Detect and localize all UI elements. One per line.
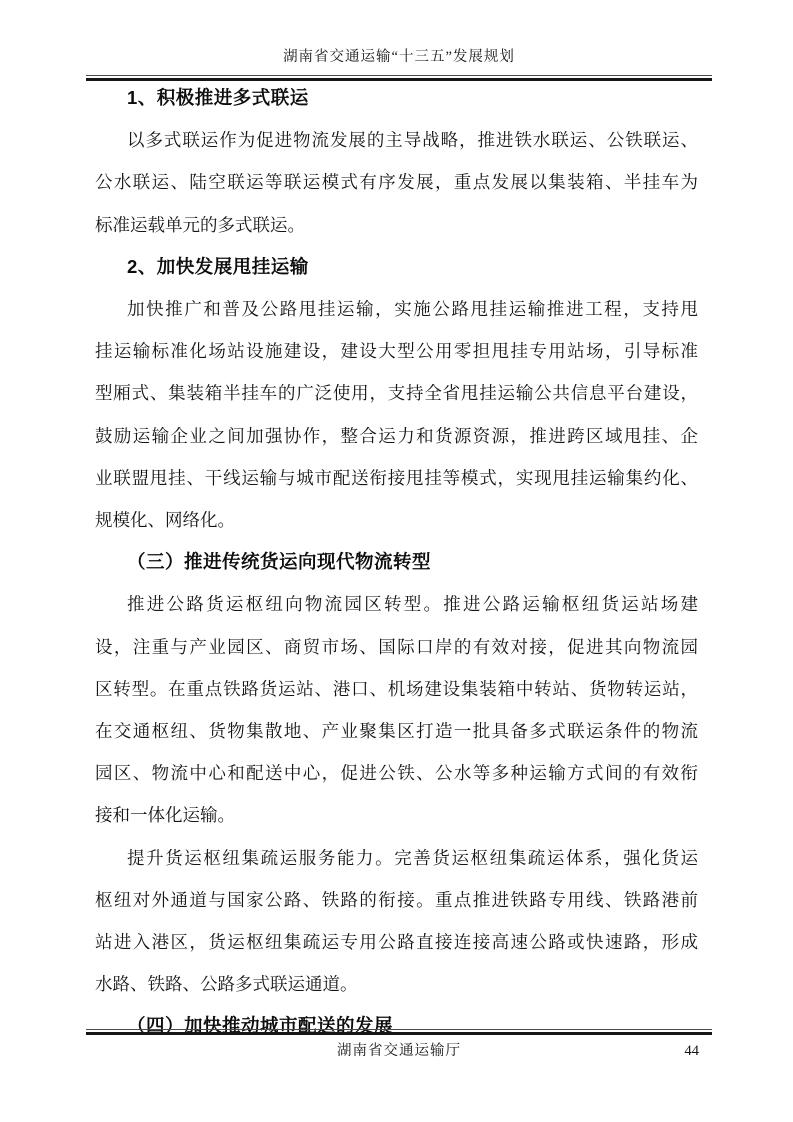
paragraph-line: 规模化、网络化。 bbox=[95, 499, 698, 541]
paragraph-line: 型厢式、集装箱半挂车的广泛使用，支持全省甩挂运输公共信息平台建设， bbox=[95, 372, 698, 414]
paragraph-line: 标准运载单元的多式联运。 bbox=[95, 204, 698, 246]
paragraph-line: 以多式联运作为促进物流发展的主导战略，推进铁水联运、公铁联运、 bbox=[95, 119, 698, 161]
page-footer: 湖南省交通运输厅 44 bbox=[86, 1029, 712, 1061]
paragraph-line: 公水联运、陆空联运等联运模式有序发展，重点发展以集装箱、半挂车为 bbox=[95, 161, 698, 203]
section-heading: 1、积极推进多式联运 bbox=[95, 77, 698, 119]
paragraph-line: 园区、物流中心和配送中心，促进公铁、公水等多种运输方式间的有效衔 bbox=[95, 752, 698, 794]
paragraph-line: 设，注重与产业园区、商贸市场、国际口岸的有效对接，促进其向物流园 bbox=[95, 626, 698, 668]
page-header: 湖南省交通运输“十三五”发展规划 bbox=[86, 0, 712, 81]
body-paragraph: 以多式联运作为促进物流发展的主导战略，推进铁水联运、公铁联运、公水联运、陆空联运… bbox=[95, 119, 698, 246]
paragraph-line: 挂运输标准化场站设施建设，建设大型公用零担甩挂专用站场，引导标准 bbox=[95, 330, 698, 372]
paragraph-line: 枢纽对外通道与国家公路、铁路的衔接。重点推进铁路专用线、铁路港前 bbox=[95, 879, 698, 921]
document-body: 1、积极推进多式联运以多式联运作为促进物流发展的主导战略，推进铁水联运、公铁联运… bbox=[95, 77, 698, 1048]
footer-org: 湖南省交通运输厅 bbox=[337, 1043, 461, 1059]
header-title: 湖南省交通运输“十三五”发展规划 bbox=[86, 0, 712, 68]
paragraph-line: 提升货运枢纽集疏运服务能力。完善货运枢纽集疏运体系，强化货运 bbox=[95, 837, 698, 879]
page-number: 44 bbox=[685, 1041, 700, 1061]
paragraph-line: 区转型。在重点铁路货运站、港口、机场建设集装箱中转站、货物转运站， bbox=[95, 668, 698, 710]
paragraph-line: 水路、铁路、公路多式联运通道。 bbox=[95, 963, 698, 1005]
paragraph-line: 加快推广和普及公路甩挂运输，实施公路甩挂运输推进工程，支持甩 bbox=[95, 288, 698, 330]
paragraph-line: 推进公路货运枢纽向物流园区转型。推进公路运输枢纽货运站场建 bbox=[95, 583, 698, 625]
paragraph-line: 在交通枢纽、货物集散地、产业聚集区打造一批具备多式联运条件的物流 bbox=[95, 710, 698, 752]
paragraph-line: 鼓励运输企业之间加强协作，整合运力和货源资源，推进跨区域甩挂、企 bbox=[95, 415, 698, 457]
paragraph-line: 业联盟甩挂、干线运输与城市配送衔接甩挂等模式，实现甩挂运输集约化、 bbox=[95, 457, 698, 499]
body-paragraph: 推进公路货运枢纽向物流园区转型。推进公路运输枢纽货运站场建设，注重与产业园区、商… bbox=[95, 583, 698, 836]
document-page: 湖南省交通运输“十三五”发展规划 1、积极推进多式联运以多式联运作为促进物流发展… bbox=[0, 0, 793, 1122]
paragraph-line: 接和一体化运输。 bbox=[95, 794, 698, 836]
footer-rule bbox=[86, 1029, 712, 1035]
section-heading: 2、加快发展甩挂运输 bbox=[95, 246, 698, 288]
paragraph-line: 站进入港区，货运枢纽集疏运专用公路直接连接高速公路或快速路，形成 bbox=[95, 921, 698, 963]
body-paragraph: 加快推广和普及公路甩挂运输，实施公路甩挂运输推进工程，支持甩挂运输标准化场站设施… bbox=[95, 288, 698, 541]
footer-row: 湖南省交通运输厅 44 bbox=[86, 1041, 712, 1061]
body-paragraph: 提升货运枢纽集疏运服务能力。完善货运枢纽集疏运体系，强化货运枢纽对外通道与国家公… bbox=[95, 837, 698, 1006]
section-heading: （三）推进传统货运向现代物流转型 bbox=[95, 541, 698, 583]
